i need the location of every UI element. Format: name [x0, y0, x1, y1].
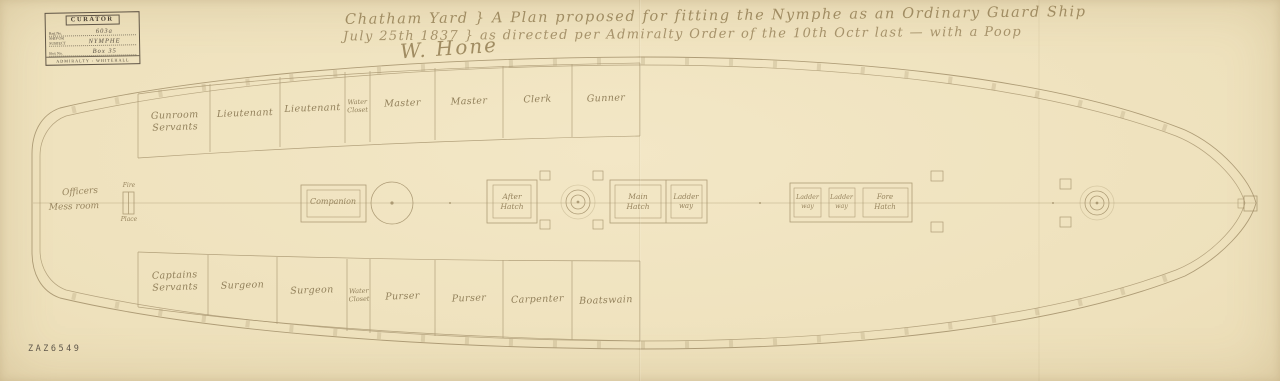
- ladder-way-b-line1: Ladder: [796, 194, 819, 203]
- cabin-label-lieutenant-2: Lieutenant: [281, 94, 345, 124]
- main-hatch-label-line2: Hatch: [626, 202, 649, 212]
- ladder-way-a-line2: way: [679, 202, 693, 211]
- curator-stamp: CURATOR Reg No. 603a SHIP OR SUBJECT NYM…: [45, 11, 141, 66]
- main-hatch-label-line1: Main: [628, 192, 647, 202]
- stamp-footer: ADMIRALTY : WHITEHALL: [46, 55, 139, 65]
- main-hatch-label: Main Hatch: [613, 186, 663, 218]
- fore-hatch-label: Fore Hatch: [860, 189, 910, 216]
- after-hatch-label-line1: After: [502, 192, 521, 202]
- stamp-reg-no-value: 603a: [73, 27, 136, 35]
- cabin-label-purser-1: Purser: [371, 282, 435, 312]
- cabin-label-master-2: Master: [436, 87, 503, 117]
- reference-number: ZAZ6549: [28, 344, 81, 354]
- fore-mast-circle: [1080, 186, 1114, 220]
- cabin-label-master-1: Master: [371, 89, 435, 119]
- fore-hatch-label-line2: Hatch: [874, 203, 896, 212]
- cabin-label-gunroom-servants: Gunroom Servants: [139, 99, 210, 145]
- cabin-label-captains-servants: Captains Servants: [139, 259, 210, 305]
- fore-hatch-label-line1: Fore: [877, 193, 893, 202]
- ladder-way-c-line2: way: [835, 203, 848, 212]
- cabin-label-carpenter: Carpenter: [504, 285, 572, 315]
- cabin-label-water-closet-lower: Water Closet: [347, 281, 370, 312]
- ladder-way-label-c: Ladder way: [826, 189, 857, 216]
- stamp-ship-label: SHIP OR SUBJECT: [49, 37, 73, 46]
- cabin-label-purser-2: Purser: [436, 284, 503, 314]
- companion-label: Companion: [303, 194, 363, 210]
- ladder-way-c-line1: Ladder: [830, 194, 853, 203]
- cabin-label-water-closet-upper: Water Closet: [345, 92, 369, 123]
- cabin-label-clerk: Clerk: [504, 85, 572, 115]
- ship-plan-sheet: CURATOR Reg No. 603a SHIP OR SUBJECT NYM…: [0, 0, 1280, 381]
- cabin-label-surgeon-2: Surgeon: [278, 276, 347, 306]
- cabin-label-boatswain: Boatswain: [573, 286, 640, 316]
- cabin-label-lieutenant-1: Lieutenant: [211, 99, 280, 129]
- main-mast-circle: [561, 185, 595, 219]
- cabin-label-gunner: Gunner: [573, 84, 640, 114]
- stamp-box-value: Box 35: [73, 47, 136, 55]
- stamp-ship-value: NYMPHE: [73, 37, 136, 45]
- ladder-way-b-line2: way: [801, 203, 814, 212]
- stove-label-top: Fire: [114, 182, 144, 191]
- cabin-label-surgeon-1: Surgeon: [209, 271, 277, 301]
- stamp-title: CURATOR: [65, 15, 119, 26]
- ladder-way-label-b: Ladder way: [792, 189, 823, 216]
- after-hatch-label-line2: Hatch: [500, 202, 523, 212]
- stove-label-bottom: Place: [112, 216, 146, 225]
- stern-area-label-line2: Mess room: [44, 200, 104, 214]
- after-hatch-label: After Hatch: [489, 186, 535, 218]
- ladder-way-a-line1: Ladder: [673, 193, 698, 202]
- fore-bitts: [931, 171, 1071, 232]
- stamp-box-label: Box No.: [49, 51, 73, 56]
- ladder-way-label-a: Ladder way: [666, 186, 706, 218]
